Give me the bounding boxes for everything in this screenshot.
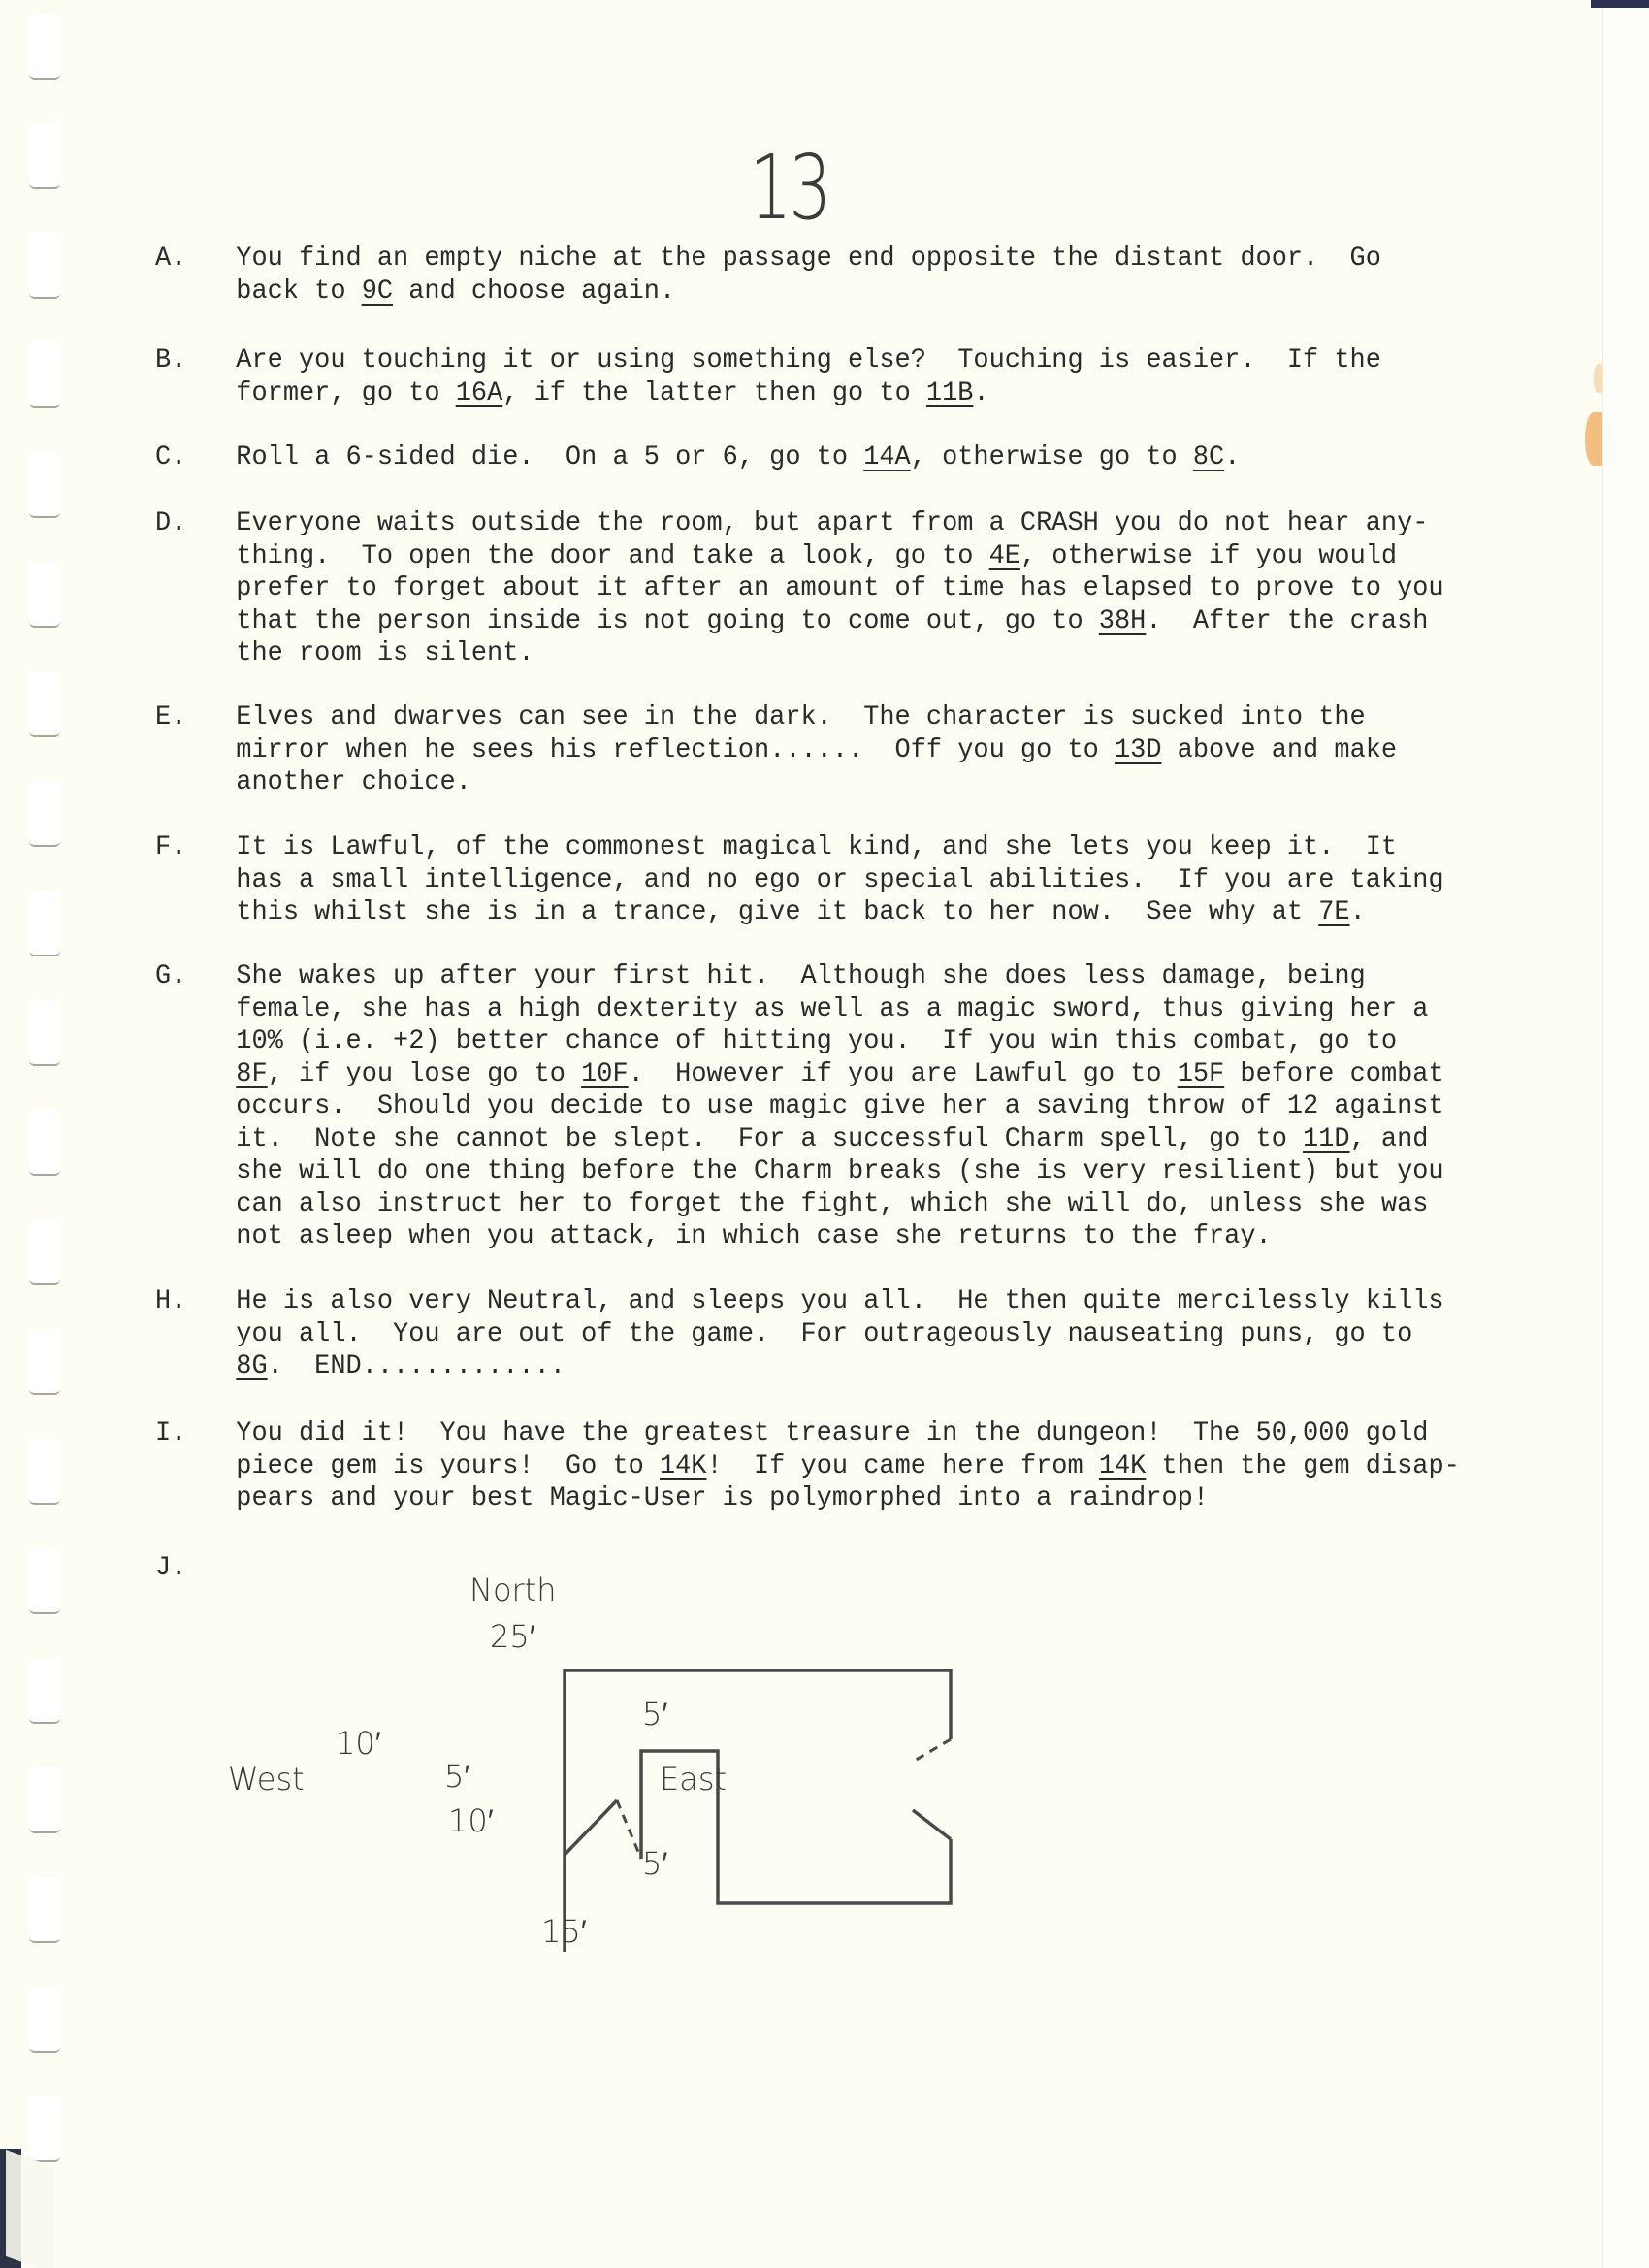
text-line: She wakes up after your first hit. Altho… [236, 960, 1500, 993]
text-segment: this whilst she is in a trance, give it … [236, 897, 1318, 927]
text-line: Elves and dwarves can see in the dark. T… [236, 701, 1500, 734]
text-line: occurs. Should you decide to use magic g… [236, 1090, 1500, 1123]
text-segment: before combat [1224, 1059, 1443, 1089]
dimension-east-lower: 5′ [642, 1845, 667, 1882]
section-reference-link[interactable]: 11D [1303, 1124, 1350, 1154]
text-segment: . END............. [268, 1351, 566, 1381]
section-reference-link[interactable]: 10F [581, 1059, 629, 1089]
dimension-inner-side: 10′ [448, 1802, 494, 1839]
text-segment: and choose again. [393, 276, 675, 307]
section-reference-link[interactable]: 14K [660, 1451, 707, 1481]
text-segment: 10% (i.e. +2) better chance of hitting y… [236, 1026, 1397, 1056]
entry-letter: B. [155, 344, 186, 377]
text-line: it. Note she cannot be slept. For a succ… [236, 1123, 1500, 1156]
binding-hole [29, 1877, 60, 1943]
scan-border [1591, 0, 1649, 8]
text-segment: You did it! You have the greatest treasu… [236, 1418, 1428, 1448]
dimension-east-upper: 5′ [642, 1696, 667, 1733]
binding-hole [29, 14, 60, 80]
text-segment: above and make [1161, 735, 1397, 765]
section-reference-link[interactable]: 8F [236, 1059, 267, 1089]
text-segment: the room is silent. [236, 638, 533, 668]
text-segment: mirror when he sees his reflection......… [236, 735, 1115, 765]
binding-hole [29, 781, 60, 847]
binding-hole [29, 671, 60, 737]
text-line: You find an empty niche at the passage e… [236, 243, 1500, 275]
text-segment: Are you touching it or using something e… [236, 345, 1381, 375]
text-line: former, go to 16A, if the latter then go… [236, 377, 1500, 410]
text-line: not asleep when you attack, in which cas… [236, 1220, 1500, 1253]
entry-letter: I. [155, 1417, 186, 1450]
binding-hole [29, 1767, 60, 1833]
entry-text: She wakes up after your first hit. Altho… [236, 960, 1500, 1253]
dimension-inner-top: 5′ [444, 1758, 469, 1795]
text-segment: She wakes up after your first hit. Altho… [236, 961, 1365, 991]
entry-letter: E. [155, 701, 186, 734]
text-line: you all. You are out of the game. For ou… [236, 1318, 1500, 1351]
text-line: another choice. [236, 766, 1500, 799]
text-line: He is also very Neutral, and sleeps you … [236, 1285, 1500, 1318]
section-reference-link[interactable]: 4E [989, 541, 1020, 571]
torn-corner [6, 2150, 54, 2268]
text-line: You did it! You have the greatest treasu… [236, 1417, 1500, 1450]
section-reference-link[interactable]: 8C [1193, 442, 1224, 472]
text-line: piece gem is yours! Go to 14K! If you ca… [236, 1450, 1500, 1483]
section-reference-link[interactable]: 14K [1099, 1451, 1147, 1481]
text-segment: Elves and dwarves can see in the dark. T… [236, 702, 1365, 732]
compass-north-label: North [469, 1571, 557, 1608]
binding-hole [29, 452, 60, 518]
page-number: 13 [750, 136, 823, 240]
entry-text: It is Lawful, of the commonest magical k… [236, 831, 1500, 929]
section-reference-link[interactable]: 13D [1115, 735, 1162, 765]
text-segment: It is Lawful, of the commonest magical k… [236, 832, 1397, 862]
text-segment: . After the crash [1146, 606, 1428, 636]
entry-letter: F. [155, 831, 186, 864]
dimension-west-wall: 10′ [336, 1725, 381, 1762]
entry-letter: H. [155, 1285, 186, 1318]
text-segment: then the gem disap- [1146, 1451, 1459, 1481]
text-segment: You find an empty niche at the passage e… [236, 243, 1381, 274]
text-line: mirror when he sees his reflection......… [236, 734, 1500, 767]
binding-hole [29, 1110, 60, 1176]
text-line: she will do one thing before the Charm b… [236, 1155, 1500, 1188]
entry-letter: D. [155, 507, 186, 540]
compass-west-label: West [228, 1761, 305, 1798]
entry-letter: A. [155, 243, 186, 275]
text-line: the room is silent. [236, 637, 1500, 670]
binding-hole [29, 2096, 60, 2162]
text-segment: . [1224, 442, 1240, 472]
text-segment: . [1350, 897, 1366, 927]
section-reference-link[interactable]: 38H [1099, 606, 1147, 636]
text-line: that the person inside is not going to c… [236, 605, 1500, 638]
text-segment: not asleep when you attack, in which cas… [236, 1221, 1271, 1251]
binding-hole [29, 1987, 60, 2053]
binding-hole [29, 1548, 60, 1614]
text-segment: , otherwise if you would [1020, 541, 1397, 571]
dimension-south-wall: 15′ [541, 1913, 587, 1950]
text-line: this whilst she is in a trance, give it … [236, 896, 1500, 929]
entry-letter: J. [155, 1552, 186, 1585]
text-segment: female, she has a high dexterity as well… [236, 994, 1428, 1024]
text-segment: . [973, 378, 988, 408]
text-line: It is Lawful, of the commonest magical k… [236, 831, 1500, 864]
entry-letter: G. [155, 960, 186, 993]
text-segment: that the person inside is not going to c… [236, 606, 1099, 636]
text-line: 8F, if you lose go to 10F. However if yo… [236, 1058, 1500, 1091]
text-segment: He is also very Neutral, and sleeps you … [236, 1286, 1443, 1316]
text-line: has a small intelligence, and no ego or … [236, 864, 1500, 897]
entry-text: Roll a 6-sided die. On a 5 or 6, go to 1… [236, 441, 1500, 474]
section-reference-link[interactable]: 14A [863, 442, 911, 472]
text-segment: former, go to [236, 378, 455, 408]
text-line: Everyone waits outside the room, but apa… [236, 507, 1500, 540]
section-reference-link[interactable]: 9C [362, 276, 393, 307]
text-segment: can also instruct her to forget the figh… [236, 1189, 1428, 1219]
text-line: Are you touching it or using something e… [236, 344, 1500, 377]
text-line: prefer to forget about it after an amoun… [236, 572, 1500, 605]
entry-text: He is also very Neutral, and sleeps you … [236, 1285, 1500, 1383]
binding-hole [29, 1219, 60, 1285]
section-reference-link[interactable]: 8G [236, 1351, 267, 1381]
text-segment: piece gem is yours! Go to [236, 1451, 660, 1481]
text-line: thing. To open the door and take a look,… [236, 540, 1500, 573]
section-reference-link[interactable]: 7E [1318, 897, 1349, 927]
text-segment: another choice. [236, 767, 471, 797]
binding-hole [29, 1000, 60, 1066]
text-segment: Everyone waits outside the room, but apa… [236, 508, 1428, 538]
binding-hole [29, 1439, 60, 1505]
text-line: 10% (i.e. +2) better chance of hitting y… [236, 1025, 1500, 1058]
text-segment: , and [1350, 1124, 1429, 1154]
text-segment: ! If you came here from [706, 1451, 1098, 1481]
entry-text: Everyone waits outside the room, but apa… [236, 507, 1500, 670]
text-line: back to 9C and choose again. [236, 275, 1500, 308]
text-segment: , if you lose go to [268, 1059, 581, 1089]
section-reference-link[interactable]: 16A [456, 378, 503, 408]
text-segment: it. Note she cannot be slept. For a succ… [236, 1124, 1303, 1154]
paper-stain [1585, 412, 1602, 466]
text-line: can also instruct her to forget the figh… [236, 1188, 1500, 1221]
binding-hole [29, 562, 60, 628]
text-segment: has a small intelligence, and no ego or … [236, 865, 1443, 895]
room-diagram: North 25′ West East 10′ 5′ 10′ 5′ 5′ 15′ [330, 1571, 1203, 1979]
text-line: female, she has a high dexterity as well… [236, 993, 1500, 1026]
entry-text: You did it! You have the greatest treasu… [236, 1417, 1500, 1515]
binding-hole [29, 891, 60, 956]
text-segment: . However if you are Lawful go to [629, 1059, 1178, 1089]
dimension-north-wall: 25′ [490, 1618, 535, 1655]
text-segment: , otherwise go to [911, 442, 1193, 472]
compass-east-label: East [660, 1761, 727, 1798]
paper-stain [1594, 364, 1602, 393]
binding-hole [29, 233, 60, 299]
text-segment: you all. You are out of the game. For ou… [236, 1319, 1412, 1349]
text-segment: occurs. Should you decide to use magic g… [236, 1091, 1443, 1121]
entry-letter: C. [155, 441, 186, 474]
entry-text: You find an empty niche at the passage e… [236, 243, 1500, 308]
entry-text: Are you touching it or using something e… [236, 344, 1500, 409]
section-reference-link[interactable]: 11B [926, 378, 974, 408]
text-line: 8G. END............. [236, 1350, 1500, 1383]
section-reference-link[interactable]: 15F [1178, 1059, 1225, 1089]
text-segment: she will do one thing before the Charm b… [236, 1156, 1443, 1186]
text-segment: , if the latter then go to [502, 378, 926, 408]
text-segment: back to [236, 276, 361, 307]
entry-text: Elves and dwarves can see in the dark. T… [236, 701, 1500, 799]
text-segment: thing. To open the door and take a look,… [236, 541, 988, 571]
text-segment: Roll a 6-sided die. On a 5 or 6, go to [236, 442, 863, 472]
text-segment: prefer to forget about it after an amoun… [236, 573, 1443, 603]
binding-hole [29, 342, 60, 408]
binding-hole [29, 1658, 60, 1724]
text-line: Roll a 6-sided die. On a 5 or 6, go to 1… [236, 441, 1500, 474]
text-segment: pears and your best Magic-User is polymo… [236, 1483, 1209, 1513]
text-line: pears and your best Magic-User is polymo… [236, 1482, 1500, 1515]
binding-hole [29, 1329, 60, 1395]
binding-hole [29, 123, 60, 189]
